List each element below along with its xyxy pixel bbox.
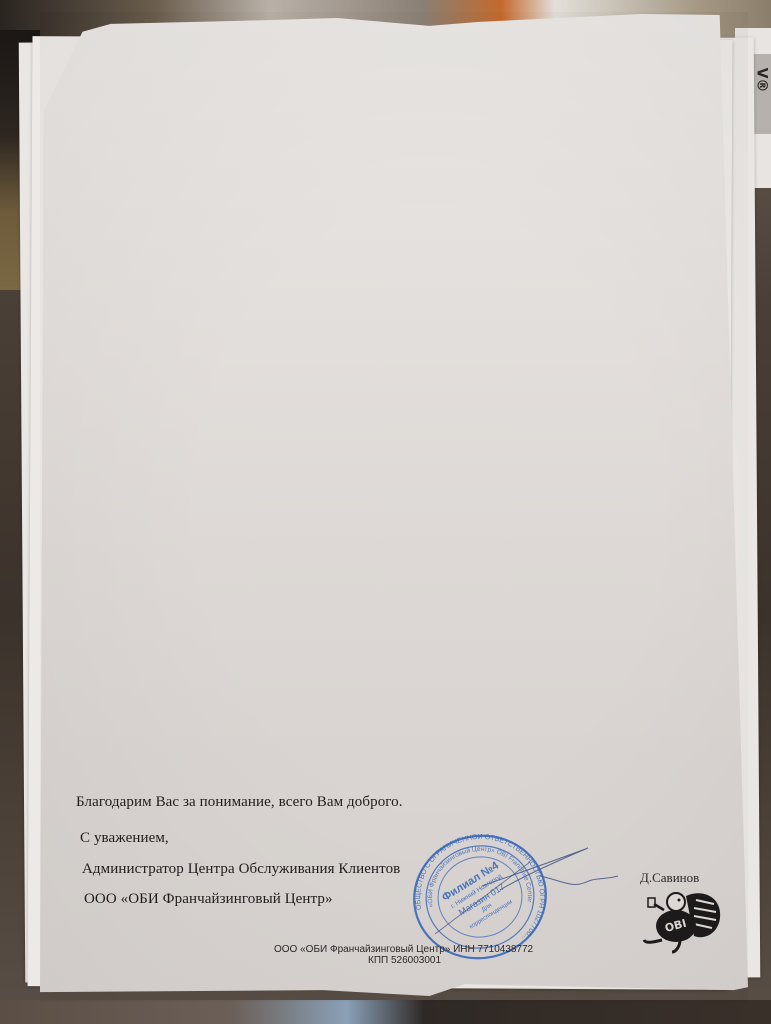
obi-beaver-logo-icon: OBI <box>636 882 724 954</box>
signer-position: Администратор Центра Обслуживания Клиент… <box>82 862 400 877</box>
company-stamp-icon: ОБЩЕСТВО С ОГРАНИЧЕННОЙ ОТВЕТСТВЕННОСТЬЮ… <box>410 834 550 960</box>
footer-kpp: КПП 526003001 <box>368 955 441 966</box>
regards-line: С уважением, <box>80 831 169 846</box>
closing-line: Благодарим Вас за понимание, всего Вам д… <box>76 795 403 810</box>
paper-sheet <box>40 12 748 1002</box>
company-name: ООО «ОБИ Франчайзинговый Центр» <box>84 892 333 907</box>
background-bottom <box>0 1000 771 1024</box>
footer-company-inn: ООО «ОБИ Франчайзинговый Центр» ИНН 7710… <box>274 944 533 955</box>
partial-logo-glyph-icon: V® <box>753 68 769 93</box>
